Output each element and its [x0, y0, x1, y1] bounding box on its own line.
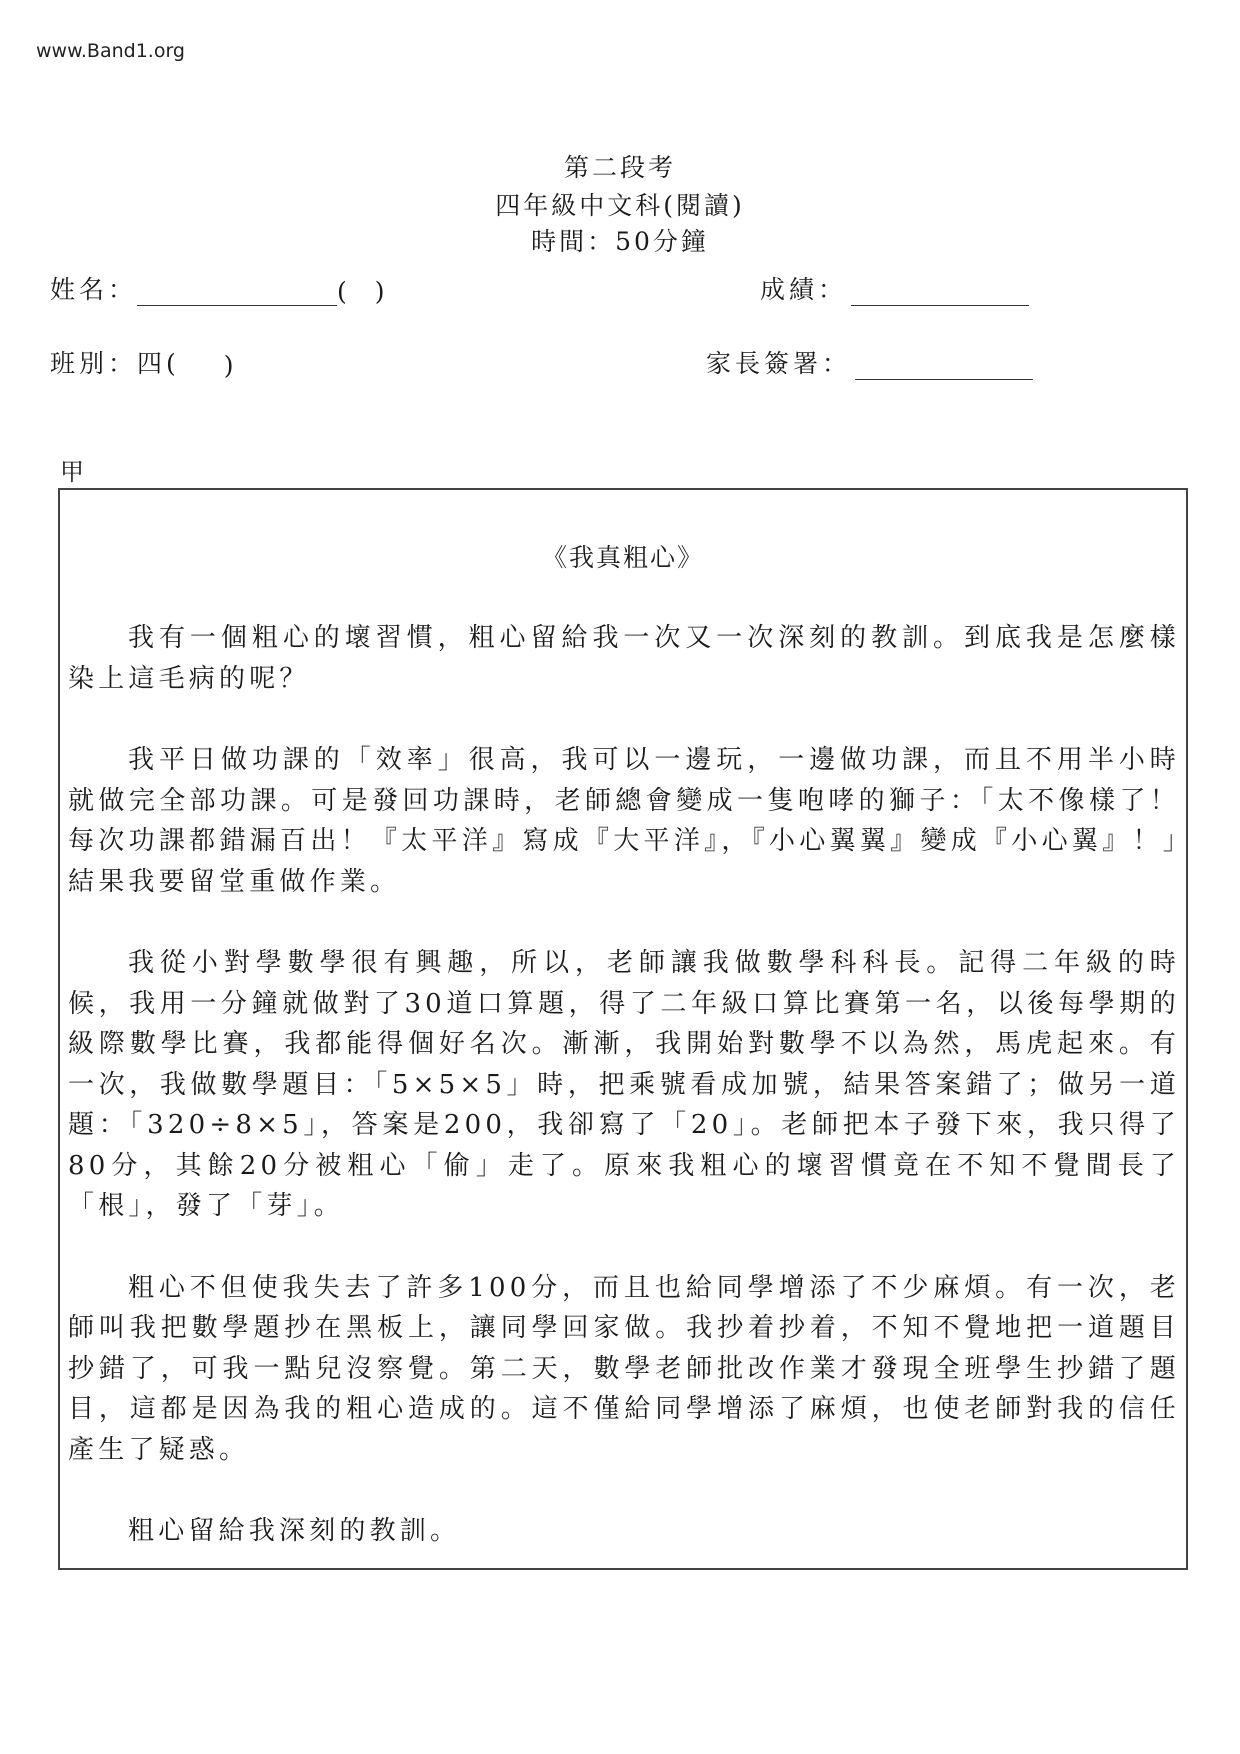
passage-title: 《我真粗心》 — [60, 538, 1186, 574]
score-input[interactable] — [851, 277, 1029, 306]
parent-signature-field: 家長簽署： — [706, 344, 1033, 380]
class-number-paren-close: ) — [375, 277, 389, 306]
score-field: 成績： — [760, 270, 1029, 306]
class-number-paren-open: ( — [337, 277, 351, 306]
exam-subject: 四年級中文科(閱讀) — [0, 188, 1240, 224]
paragraph: 我有一個粗心的壞習慣，粗心留給我一次又一次深刻的教訓。到底我是怎麼樣染上這毛病的… — [68, 618, 1180, 699]
paragraph: 我從小對學數學很有興趣，所以，老師讓我做數學科科長。記得二年級的時候，我用一分鐘… — [68, 943, 1180, 1227]
paragraph: 粗心留給我深刻的教訓。 — [68, 1511, 1180, 1552]
parent-signature-label: 家長簽署： — [706, 344, 851, 380]
passage-box: 《我真粗心》 我有一個粗心的壞習慣，粗心留給我一次又一次深刻的教訓。到底我是怎麼… — [58, 488, 1188, 1570]
passage-body: 我有一個粗心的壞習慣，粗心留給我一次又一次深刻的教訓。到底我是怎麼樣染上這毛病的… — [68, 618, 1180, 1552]
class-field: 班別：四( ) — [50, 344, 238, 380]
class-paren-close: ) — [224, 351, 238, 380]
name-input[interactable] — [137, 277, 337, 306]
parent-signature-input[interactable] — [855, 351, 1033, 380]
class-label: 班別：四( — [50, 344, 180, 380]
section-label: 甲 — [60, 452, 84, 487]
exam-title: 第二段考 — [0, 150, 1240, 186]
exam-time: 時間：50分鐘 — [0, 224, 1240, 260]
name-field: 姓名： ( ) — [50, 270, 389, 306]
watermark-url: www.Band1.org — [36, 40, 185, 62]
paragraph: 我平日做功課的「效率」很高，我可以一邊玩，一邊做功課，而且不用半小時就做完全部功… — [68, 740, 1180, 902]
score-label: 成績： — [760, 270, 847, 306]
name-label: 姓名： — [50, 270, 137, 306]
paragraph: 粗心不但使我失去了許多100分，而且也給同學增添了不少麻煩。有一次，老師叫我把數… — [68, 1268, 1180, 1471]
